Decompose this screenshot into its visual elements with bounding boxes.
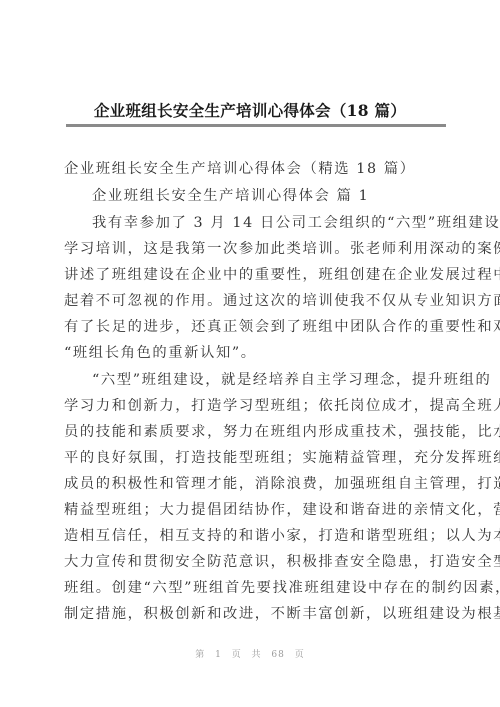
page-footer: 第 1 页 共 68 页 [0,647,500,660]
paragraph-line: 学习培训，这是我第一次参加此类培训。张老师利用深动的案例 [64,238,500,258]
paragraph-line: 大力宣传和贯彻安全防范意识，积极排查安全隐患，打造安全型 [64,551,500,571]
paragraph-line: 员的技能和素质要求，努力在班组内形成重技术，强技能，比水 [64,421,500,441]
paragraph-line: “六型”班组建设，就是经培养自主学习理念，提升班组的 [92,369,500,389]
paragraph-line: 制定措施，积极创新和改进，不断丰富创新，以班组建设为根基 [64,603,500,623]
document-subtitle: 企业班组长安全生产培训心得体会（精选 18 篇） [64,158,500,178]
paragraph-line: “班组长角色的重新认知”。 [64,342,500,362]
paragraph-line: 讲述了班组建设在企业中的重要性，班组创建在企业发展过程中 [64,264,500,284]
document-title: 企业班组长安全生产培训心得体会（18 篇） [0,99,500,121]
paragraph-line: 学习力和创新力，打造学习型班组；依托岗位成才，提高全班人 [64,395,500,415]
paragraph-line: 起着不可忽视的作用。通过这次的培训使我不仅从专业知识方面 [64,290,500,310]
paragraph-line: 造相互信任，相互支持的和谐小家，打造和谐型班组；以人为本， [64,525,500,545]
paragraph-line: 我有幸参加了 3 月 14 日公司工会组织的“六型”班组建设 [92,212,500,232]
title-divider [66,124,446,127]
paragraph-line: 有了长足的进步，还真正领会到了班组中团队合作的重要性和对 [64,316,500,336]
paragraph-line: 成员的积极性和管理才能，消除浪费，加强班组自主管理，打造 [64,473,500,493]
section-heading: 企业班组长安全生产培训心得体会 篇 1 [92,185,500,205]
paragraph-line: 平的良好氛围，打造技能型班组；实施精益管理，充分发挥班组 [64,447,500,467]
paragraph-line: 精益型班组；大力提倡团结协作，建设和谐奋进的亲情文化，营 [64,499,500,519]
paragraph-line: 班组。创建“六型”班组首先要找准班组建设中存在的制约因素， [64,577,500,597]
